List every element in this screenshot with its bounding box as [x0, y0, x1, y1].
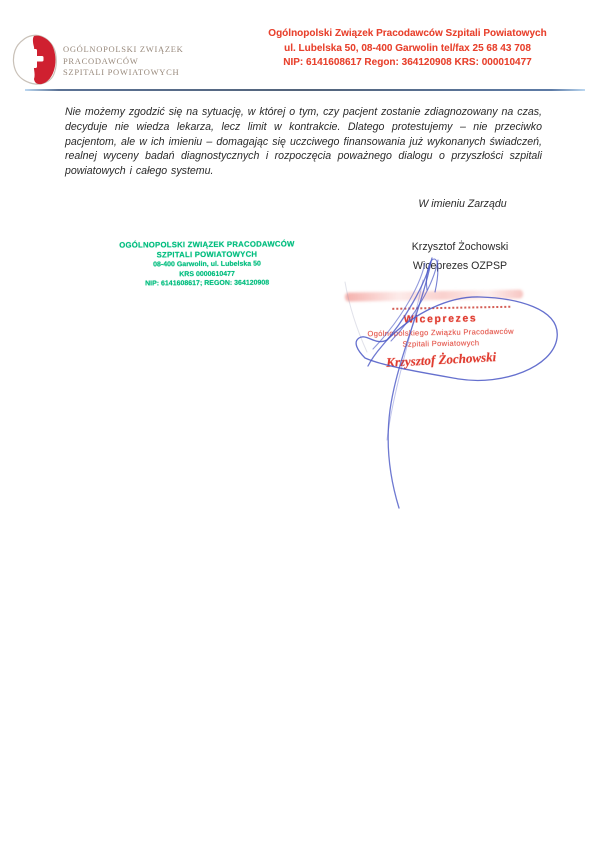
pen-signature	[335, 250, 570, 518]
logo-org-line2: PRACODAWCÓW	[63, 56, 183, 68]
green-org-stamp: OGÓLNOPOLSKI ZWIĄZEK PRACODAWCÓW SZPITAL…	[113, 239, 301, 289]
pen-signature-scribble	[335, 250, 570, 518]
header-divider-line	[25, 89, 585, 91]
letterhead-registry-numbers: NIP: 6141608617 Regon: 364120908 KRS: 00…	[240, 56, 575, 71]
poland-map-logo	[10, 33, 58, 85]
poland-map-logo-graphic	[10, 33, 58, 85]
logo-org-name: OGÓLNOPOLSKI ZWIĄZEK PRACODAWCÓW SZPITAL…	[63, 44, 183, 79]
logo-org-line1: OGÓLNOPOLSKI ZWIĄZEK	[63, 44, 183, 56]
logo-org-line3: SZPITALI POWIATOWYCH	[63, 67, 183, 79]
letterhead-address: ul. Lubelska 50, 08-400 Garwolin tel/fax…	[240, 42, 575, 57]
on-behalf-of-line: W imieniu Zarządu	[385, 198, 540, 210]
letter-body-paragraph: Nie możemy zgodzić się na sytuację, w kt…	[65, 105, 542, 179]
green-stamp-line1: OGÓLNOPOLSKI ZWIĄZEK PRACODAWCÓW	[113, 239, 301, 250]
letterhead-org-name: Ogólnopolski Związek Pracodawców Szpital…	[240, 27, 575, 42]
letterhead-block: Ogólnopolski Związek Pracodawców Szpital…	[240, 27, 575, 71]
green-stamp-line5: NIP: 6141608617; REGON: 364120908	[113, 278, 301, 289]
